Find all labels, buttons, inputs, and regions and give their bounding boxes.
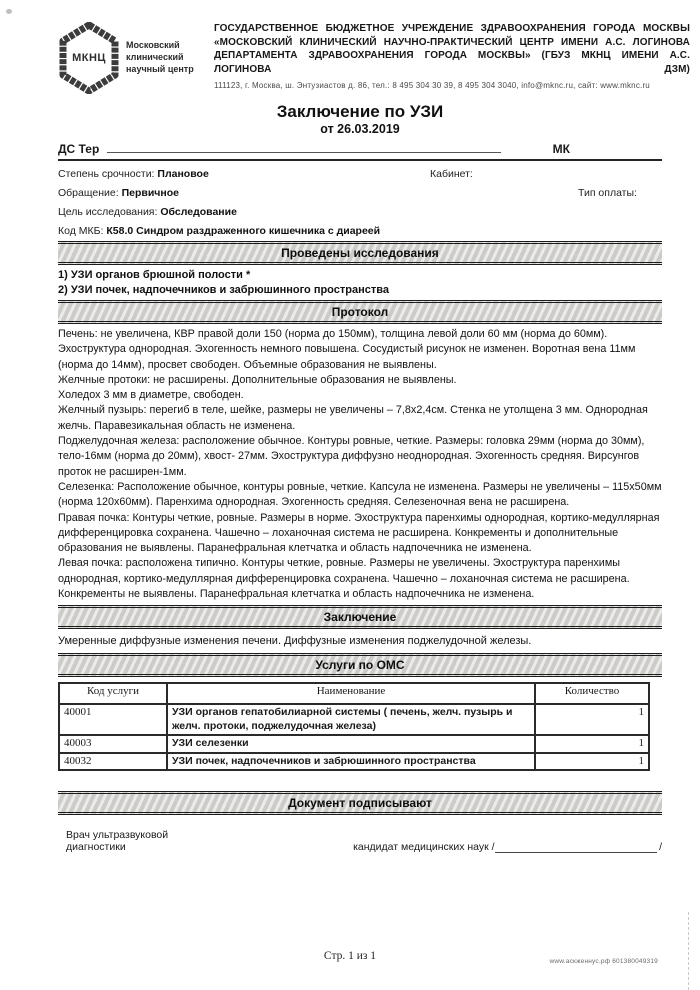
doctor-role: Врач ультразвуковой диагностики — [66, 829, 213, 853]
service-qty: 1 — [535, 735, 649, 753]
service-qty: 1 — [535, 753, 649, 771]
footer-fineprint: www.аскженнус.рф 601380049319 — [549, 958, 658, 965]
protocol-paragraph-spleen: Селезенка: Расположение обычное, контуры… — [58, 480, 662, 511]
section-header-conclusion: Заключение — [58, 605, 662, 629]
logo-acronym: МКНЦ — [58, 22, 120, 94]
protocol-paragraph-choledoch: Холедох 3 мм в диаметре, свободен. — [58, 388, 662, 403]
table-row: 40003 УЗИ селезенки 1 — [59, 735, 649, 753]
conclusion-text: Умеренные диффузные изменения печени. Ди… — [58, 633, 662, 649]
document-page: МКНЦ Московский клинический научный цент… — [0, 0, 700, 990]
organization-name-line: «МОСКОВСКИЙ КЛИНИЧЕСКИЙ НАУЧНО-ПРАКТИЧЕС… — [214, 36, 690, 50]
logo-caption-line: научный центр — [126, 64, 194, 76]
meta-row-icd: Код МКБ: К58.0 Синдром раздраженного киш… — [58, 222, 662, 241]
study-goal-value: Обследование — [160, 206, 237, 218]
visit-value: Первичное — [122, 187, 179, 199]
letterhead: МКНЦ Московский клинический научный цент… — [58, 22, 690, 98]
table-row: 40032 УЗИ почек, надпочечников и забрюши… — [59, 753, 649, 771]
protocol-paragraph-pancreas: Поджелудочная железа: расположение обычн… — [58, 434, 662, 480]
services-table: Код услуги Наименование Количество 40001… — [58, 682, 650, 771]
meta-row-urgency: Степень срочности: Плановое Кабинет: — [58, 165, 662, 184]
cabinet-label: Кабинет: — [430, 165, 473, 183]
protocol-paragraph-bile-ducts: Желчные протоки: не расширены. Дополните… — [58, 373, 662, 388]
service-code: 40003 — [59, 735, 167, 753]
studies-list: 1) УЗИ органов брюшной полости * 2) УЗИ … — [58, 268, 662, 298]
title-block: Заключение по УЗИ от 26.03.2019 — [58, 102, 662, 137]
clinic-logo: МКНЦ Московский клинический научный цент… — [58, 22, 206, 94]
mk-code: МК — [553, 142, 570, 156]
services-header-qty: Количество — [535, 683, 649, 704]
meta-row-visit: Обращение: Первичное Тип оплаты: — [58, 184, 662, 203]
section-header-signers: Документ подписывают — [58, 791, 662, 815]
icd-code-label: Код МКБ: — [58, 225, 103, 237]
signature-line — [495, 840, 658, 853]
service-code: 40032 — [59, 753, 167, 771]
services-header-name: Наименование — [167, 683, 535, 704]
department-code-row: ДС Тер МК — [58, 142, 662, 161]
mknc-hexagon-logo-icon: МКНЦ — [58, 22, 120, 94]
service-name: УЗИ почек, надпочечников и забрюшинного … — [167, 753, 535, 771]
logo-caption-line: Московский — [126, 40, 194, 52]
service-name: УЗИ органов гепатобилиарной системы ( пе… — [167, 704, 535, 735]
signature-slash: / — [659, 841, 662, 853]
meta-block: Степень срочности: Плановое Кабинет: Обр… — [58, 161, 662, 241]
study-item: 2) УЗИ почек, надпочечников и забрюшинно… — [58, 283, 662, 298]
organization-address: 111123, г. Москва, ш. Энтузиастов д. 86,… — [214, 81, 690, 90]
organization-name-line: ГОСУДАРСТВЕННОЕ БЮДЖЕТНОЕ УЧРЕЖДЕНИЕ ЗДР… — [214, 22, 690, 36]
service-name: УЗИ селезенки — [167, 735, 535, 753]
signature-row: Врач ультразвуковой диагностики кандидат… — [58, 829, 662, 853]
services-header-code: Код услуги — [59, 683, 167, 704]
document-title: Заключение по УЗИ — [58, 102, 662, 122]
urgency-value: Плановое — [157, 168, 208, 180]
service-qty: 1 — [535, 704, 649, 735]
organization-name-line: ДЕПАРТАМЕНТА ЗДРАВООХРАНЕНИЯ ГОРОДА МОСК… — [214, 49, 690, 76]
service-code: 40001 — [59, 704, 167, 735]
protocol-paragraph-right-kidney: Правая почка: Контуры четкие, ровные. Ра… — [58, 511, 662, 557]
services-header-row: Код услуги Наименование Количество — [59, 683, 649, 704]
protocol-paragraph-left-kidney: Левая почка: расположена типично. Контур… — [58, 556, 662, 602]
icd-code-value: К58.0 Синдром раздраженного кишечника с … — [106, 225, 380, 237]
scan-speck-artifact — [6, 9, 12, 14]
visit-label: Обращение: — [58, 187, 119, 199]
section-header-studies: Проведены исследования — [58, 241, 662, 265]
study-goal-label: Цель исследования: — [58, 206, 157, 218]
study-item: 1) УЗИ органов брюшной полости * — [58, 268, 662, 283]
section-header-services: Услуги по ОМС — [58, 653, 662, 677]
meta-row-goal: Цель исследования: Обследование — [58, 203, 662, 222]
table-row: 40001 УЗИ органов гепатобилиарной систем… — [59, 704, 649, 735]
document-date: от 26.03.2019 — [58, 122, 662, 137]
logo-caption-line: клинический — [126, 52, 194, 64]
organization-block: ГОСУДАРСТВЕННОЕ БЮДЖЕТНОЕ УЧРЕЖДЕНИЕ ЗДР… — [214, 22, 690, 90]
protocol-paragraph-liver: Печень: не увеличена, КВР правой доли 15… — [58, 327, 662, 373]
department-code: ДС Тер — [58, 142, 99, 156]
protocol-body: Печень: не увеличена, КВР правой доли 15… — [58, 327, 662, 602]
doctor-degree: кандидат медицинских наук / — [353, 841, 495, 853]
protocol-paragraph-gallbladder: Желчный пузырь: перегиб в теле, шейке, р… — [58, 403, 662, 434]
urgency-label: Степень срочности: — [58, 168, 154, 180]
logo-caption: Московский клинический научный центр — [126, 40, 194, 75]
section-header-protocol: Протокол — [58, 300, 662, 324]
fill-line — [107, 152, 500, 153]
payment-type-label: Тип оплаты: — [578, 184, 637, 202]
